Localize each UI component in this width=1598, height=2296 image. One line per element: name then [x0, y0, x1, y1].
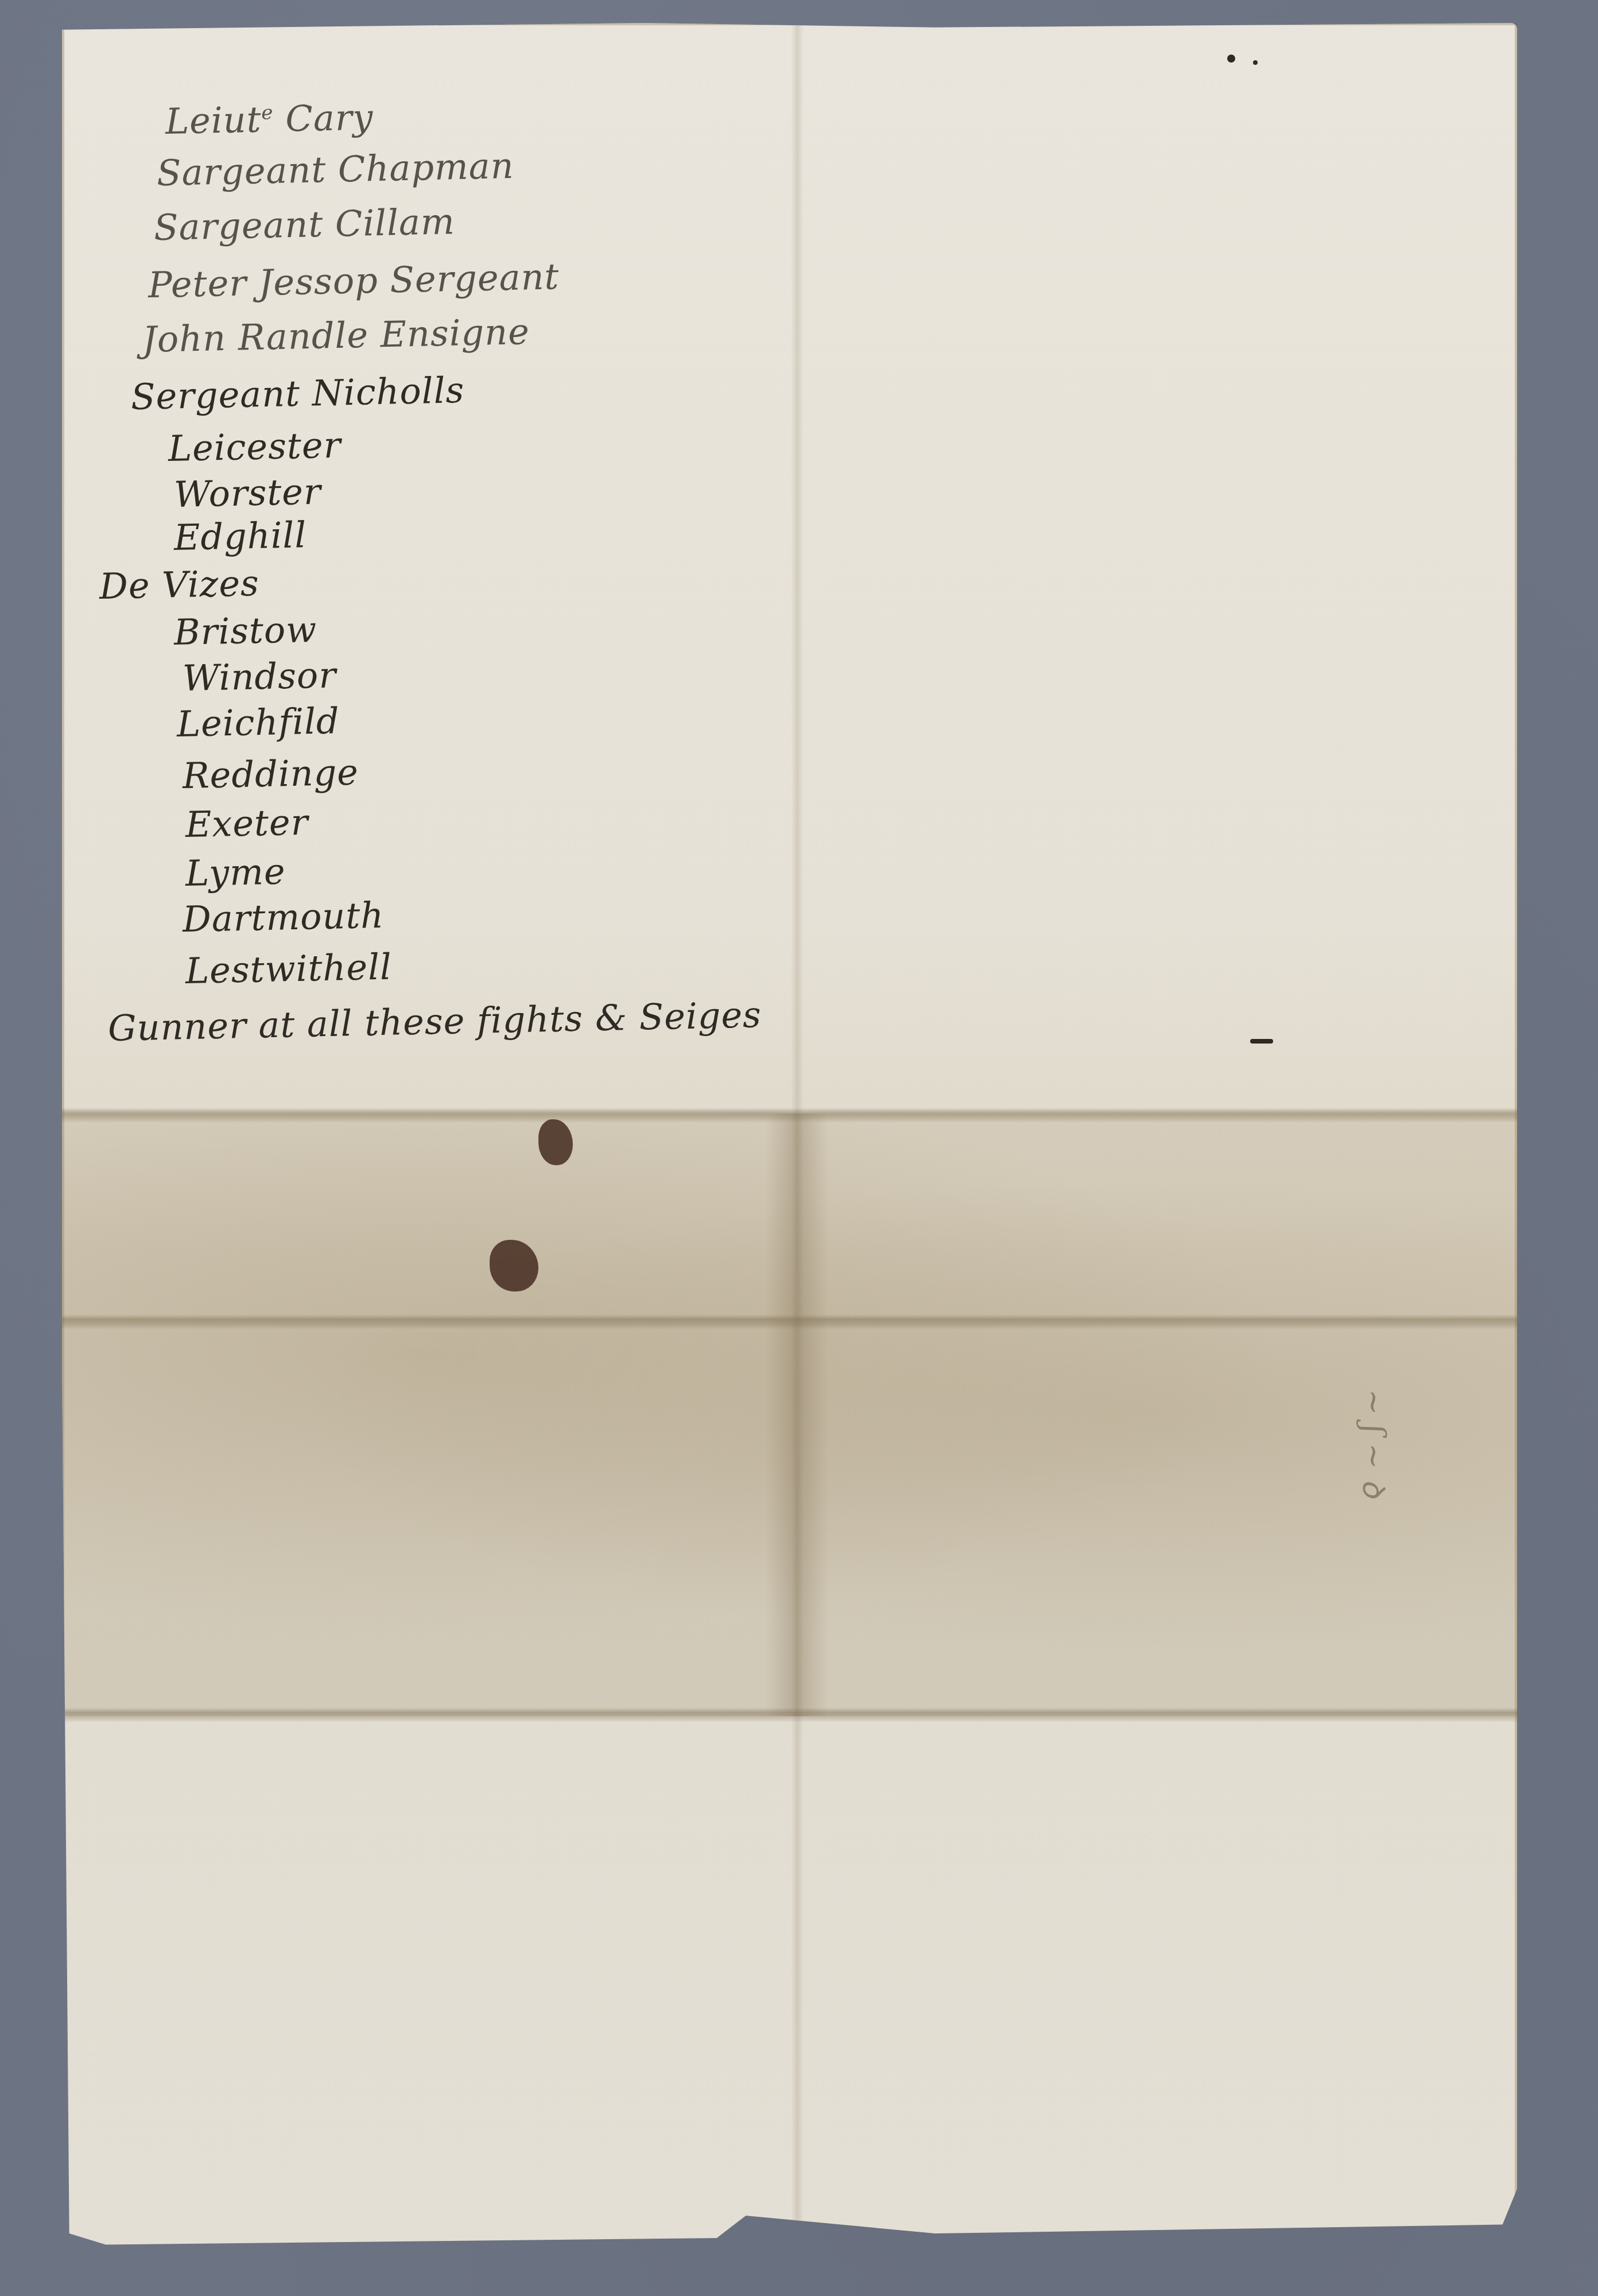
- line-edghill: Edghill: [173, 514, 307, 559]
- line-exeter: Exeter: [185, 801, 309, 846]
- line-devizes: De Vizes: [99, 562, 259, 607]
- line-bristow: Bristow: [173, 608, 317, 653]
- line-worster: Worster: [173, 471, 321, 515]
- line-sargeant-cillam: Sargeant Cillam: [153, 200, 455, 249]
- ink-mark: [1250, 1039, 1273, 1044]
- line-sargeant-chapman: Sargeant Chapman: [156, 145, 514, 194]
- ink-dot: [1253, 60, 1258, 65]
- ink-dot: [1227, 55, 1235, 63]
- line-peter-jessop: Peter Jessop Sergeant: [148, 255, 560, 306]
- fold-line-2: [62, 1314, 1517, 1329]
- vertical-fold: [791, 23, 804, 2256]
- line-windsor: Windsor: [182, 654, 336, 699]
- line-leicester: Leicester: [168, 424, 342, 470]
- line-leichfild: Leichfild: [176, 700, 340, 745]
- line-lyme: Lyme: [185, 850, 286, 894]
- line-lestwithell: Lestwithell: [185, 945, 392, 992]
- faded-endorsement: ~ ʃ ~ ꝺ: [1354, 1389, 1397, 1498]
- line-gunner-summary: Gunner at all these fights & Seiges: [107, 994, 762, 1049]
- line-reddinge: Reddinge: [182, 751, 359, 797]
- line-dartmouth: Dartmouth: [182, 894, 385, 940]
- manuscript-sheet: Leiute Cary Sargeant Chapman Sargeant Ci…: [62, 23, 1517, 2256]
- fold-line-1: [62, 1108, 1517, 1123]
- line-lieut-cary: Leiute Cary: [165, 96, 374, 142]
- fold-line-3: [62, 1708, 1517, 1723]
- line-sergeant-nicholls: Sergeant Nicholls: [130, 369, 465, 418]
- line-john-randle: John Randle Ensigne: [142, 311, 530, 360]
